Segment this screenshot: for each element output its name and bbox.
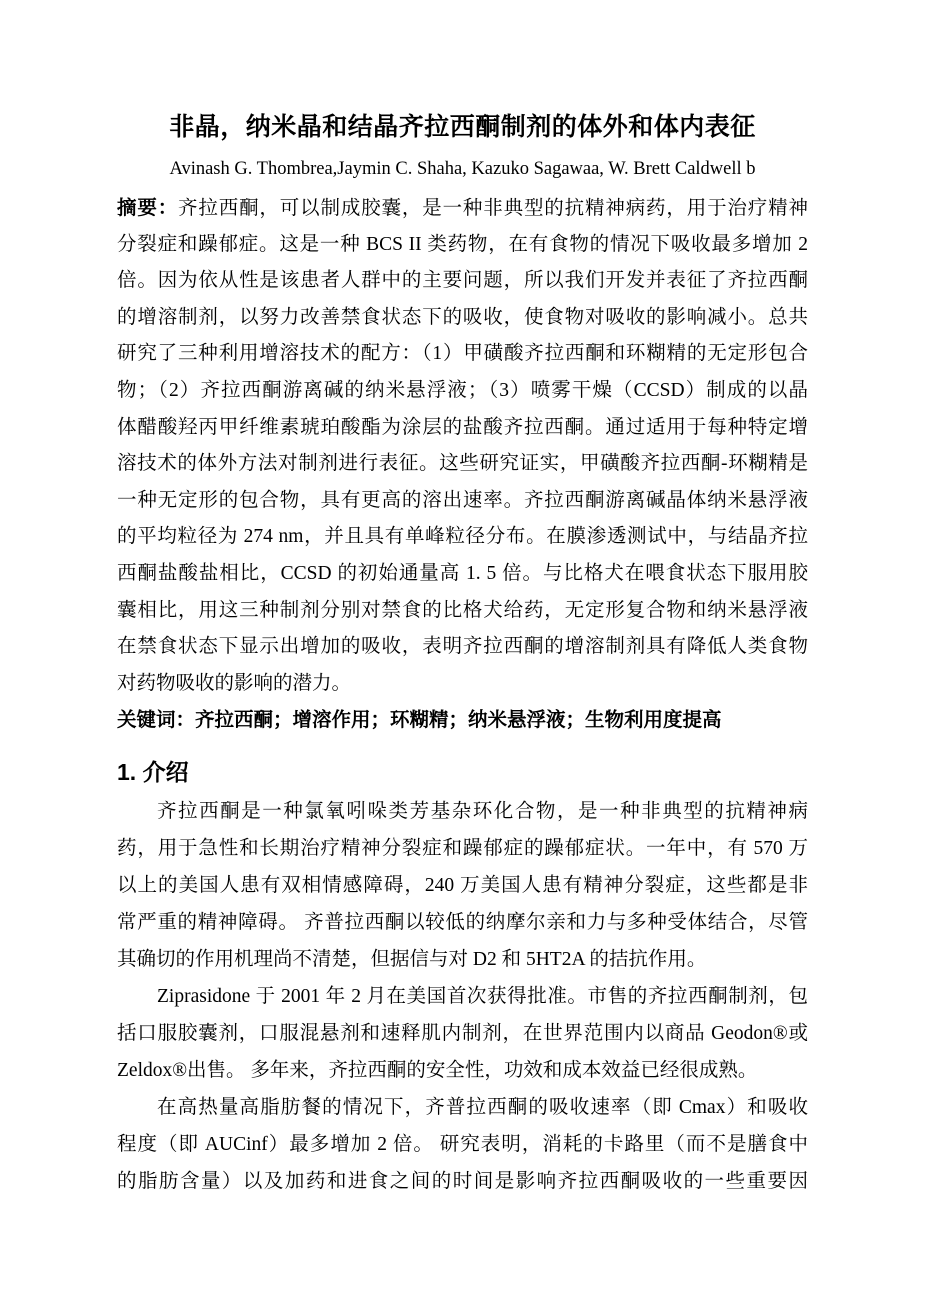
text-line: Zeldox®出售。 多年来，齐拉西酮的安全性，功效和成本效益已经很成熟。 [117,1052,808,1089]
text-line: 的脂肪含量）以及加药和进食之间的时间是影响齐拉西酮吸收的一些重要因 [117,1163,808,1200]
text-line: 分裂症和躁郁症。这是一种 BCS II 类药物，在有食物的情况下吸收最多增加 2 [117,227,808,264]
text-line: 程度（即 AUCinf）最多增加 2 倍。 研究表明，消耗的卡路里（而不是膳食中 [117,1126,808,1163]
abstract-lines: 分裂症和躁郁症。这是一种 BCS II 类药物，在有食物的情况下吸收最多增加 2… [117,227,808,703]
text-line: 其确切的作用机理尚不清楚，但据信与对 D2 和 5HT2A 的拮抗作用。 [117,941,808,978]
text-line: 对药物吸收的影响的潜力。 [117,666,808,703]
text-line: 在禁食状态下显示出增加的吸收，表明齐拉西酮的增溶制剂具有降低人类食物 [117,629,808,666]
text-line: 药，用于急性和长期治疗精神分裂症和躁郁症的躁郁症状。一年中，有 570 万 [117,830,808,867]
intro-paragraphs: 齐拉西酮是一种氯氧吲哚类芳基杂环化合物，是一种非典型的抗精神病药，用于急性和长期… [117,793,808,1200]
paragraph: 在高热量高脂肪餐的情况下，齐普拉西酮的吸收速率（即 Cmax）和吸收程度（即 A… [117,1089,808,1200]
text-line: 溶技术的体外方法对制剂进行表征。这些研究证实，甲磺酸齐拉西酮-环糊精是 [117,446,808,483]
abstract-first-line-text: 齐拉西酮，可以制成胶囊，是一种非典型的抗精神病药，用于治疗精神 [178,198,808,219]
text-line: 括口服胶囊剂，口服混悬剂和速释肌内制剂，在世界范围内以商品 Geodon®或 [117,1015,808,1052]
abstract-label: 摘要： [117,197,178,219]
text-line: 物；（2）齐拉西酮游离碱的纳米悬浮液；（3）喷雾干燥（CCSD）制成的以晶 [117,373,808,410]
abstract-section: 摘要：齐拉西酮，可以制成胶囊，是一种非典型的抗精神病药，用于治疗精神 分裂症和躁… [117,190,808,739]
text-line: 齐拉西酮是一种氯氧吲哚类芳基杂环化合物，是一种非典型的抗精神病 [117,793,808,830]
text-line: 以上的美国人患有双相情感障碍，240 万美国人患有精神分裂症，这些都是非 [117,867,808,904]
text-line: 的平均粒径为 274 nm，并且具有单峰粒径分布。在膜渗透测试中，与结晶齐拉 [117,519,808,556]
paper-page: 非晶，纳米晶和结晶齐拉西酮制剂的体外和体内表征 Avinash G. Thomb… [0,0,926,1309]
section-1-heading: 1. 介绍 [117,751,808,793]
abstract-first-line: 摘要：齐拉西酮，可以制成胶囊，是一种非典型的抗精神病药，用于治疗精神 [117,190,808,227]
text-line: 一种无定形的包合物，具有更高的溶出速率。齐拉西酮游离碱晶体纳米悬浮液 [117,483,808,520]
text-line: 常严重的精神障碍。 齐普拉西酮以较低的纳摩尔亲和力与多种受体结合，尽管 [117,904,808,941]
text-line: Ziprasidone 于 2001 年 2 月在美国首次获得批准。市售的齐拉西… [117,978,808,1015]
text-line: 在高热量高脂肪餐的情况下，齐普拉西酮的吸收速率（即 Cmax）和吸收 [117,1089,808,1126]
text-line: 倍。因为依从性是该患者人群中的主要问题，所以我们开发并表征了齐拉西酮 [117,263,808,300]
paragraph: 齐拉西酮是一种氯氧吲哚类芳基杂环化合物，是一种非典型的抗精神病药，用于急性和长期… [117,793,808,978]
text-line: 的增溶制剂，以努力改善禁食状态下的吸收，使食物对吸收的影响减小。总共 [117,300,808,337]
keywords-line: 关键词：齐拉西酮；增溶作用；环糊精；纳米悬浮液；生物利用度提高 [117,702,808,739]
authors-line: Avinash G. Thombrea,Jaymin C. Shaha, Kaz… [117,154,808,184]
text-line: 研究了三种利用增溶技术的配方：（1）甲磺酸齐拉西酮和环糊精的无定形包合 [117,336,808,373]
paragraph: Ziprasidone 于 2001 年 2 月在美国首次获得批准。市售的齐拉西… [117,978,808,1089]
text-line: 体醋酸羟丙甲纤维素琥珀酸酯为涂层的盐酸齐拉西酮。通过适用于每种特定增 [117,410,808,447]
text-line: 西酮盐酸盐相比，CCSD 的初始通量高 1. 5 倍。与比格犬在喂食状态下服用胶 [117,556,808,593]
paper-title: 非晶，纳米晶和结晶齐拉西酮制剂的体外和体内表征 [117,106,808,148]
text-line: 囊相比，用这三种制剂分别对禁食的比格犬给药，无定形复合物和纳米悬浮液 [117,593,808,630]
